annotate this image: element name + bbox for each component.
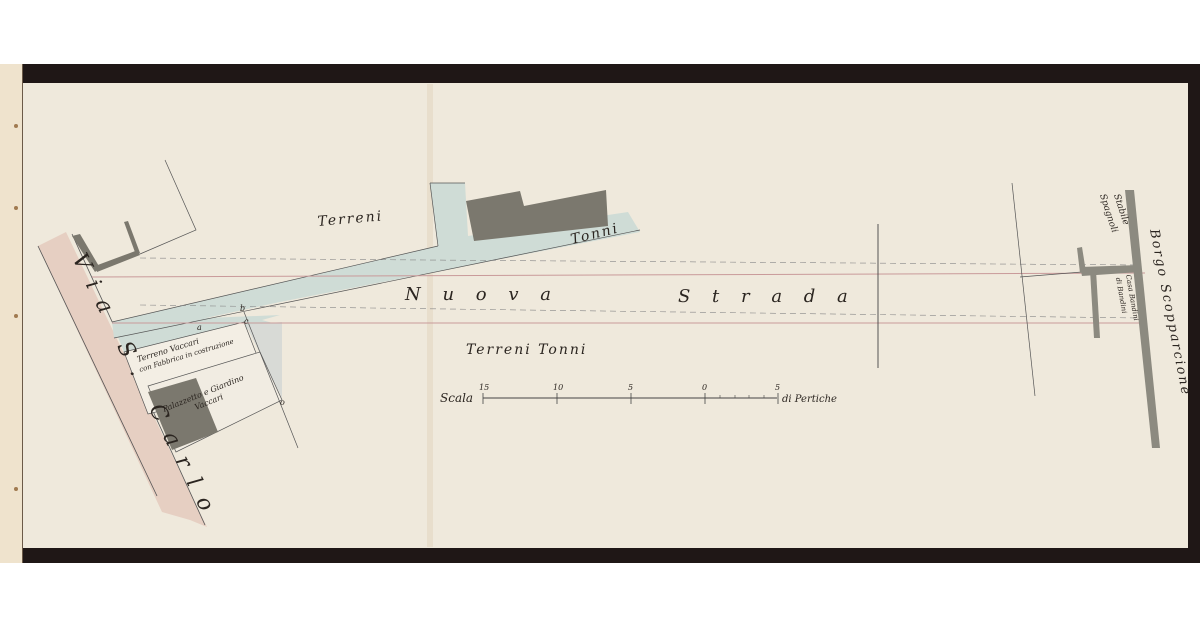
scale-tick-5: 5 bbox=[628, 383, 633, 392]
right-wall bbox=[1090, 270, 1100, 338]
scale-tick-15: 15 bbox=[479, 383, 489, 392]
scale-unit: di Pertiche bbox=[782, 394, 837, 405]
scale-bar bbox=[483, 393, 778, 404]
scale-tick-0: 0 bbox=[702, 383, 707, 392]
label-nuova: N u o v a bbox=[404, 284, 559, 305]
label-borgo: Borgo Scopparcione bbox=[1146, 227, 1193, 398]
label-point-a: a bbox=[197, 323, 202, 332]
cadastral-map: Via S. Carlo Terreni Tonni N u o v a S t… bbox=[0, 0, 1200, 628]
scale-tick-5-right: 5 bbox=[775, 383, 780, 392]
wall-building bbox=[124, 221, 140, 255]
label-point-o: o bbox=[280, 398, 285, 407]
label-point-c: c bbox=[244, 317, 249, 326]
label-terreni-lower: Terreni Tonni bbox=[466, 342, 587, 358]
label-terreni-upper: Terreni bbox=[317, 208, 384, 230]
wall-building bbox=[95, 250, 140, 272]
scale-tick-10: 10 bbox=[553, 383, 563, 392]
label-point-b: b bbox=[240, 304, 245, 313]
label-strada: S t r a d a bbox=[678, 286, 856, 307]
scale-label: Scala bbox=[440, 391, 473, 405]
